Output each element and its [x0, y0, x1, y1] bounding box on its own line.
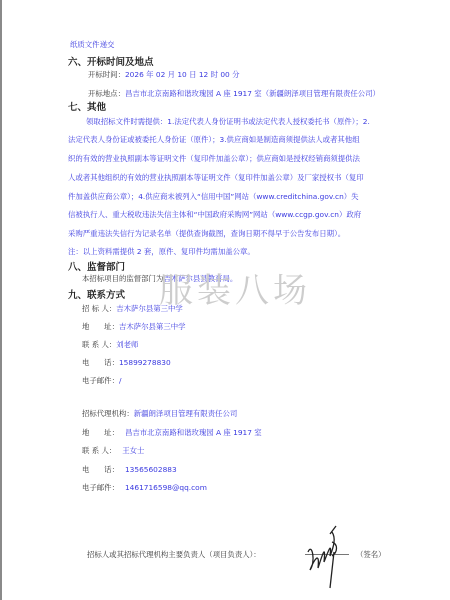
tenderer-name-label: 招 标 人：: [82, 304, 116, 313]
tenderer-phone-value: 15899278830: [119, 358, 171, 367]
tenderer-address-row: 地 址：吉木萨尔县第三中学: [82, 322, 186, 332]
signature-label: 招标人或其招标代理机构主要负责人（项目负责人）：: [87, 550, 261, 560]
agency-phone-row: 电 话：13565602883: [82, 465, 177, 475]
other-line-4: 人或者其他组织的有效的营业执照副本等证明文件（复印件加盖公章）及厂家授权书（复印: [68, 173, 364, 183]
tenderer-address-label: 地 址：: [82, 322, 119, 331]
agency-address-value: 昌吉市北京南路和谐玫瑰园 A 座 1917 室: [125, 428, 262, 437]
agency-contact-row: 联 系 人：王女士: [82, 446, 144, 456]
agency-name-row: 招标代理机构：新疆朗泽项目管理有限责任公司: [82, 409, 237, 419]
other-note: 注：以上资料需提供 2 套，原件、复印件均需加盖公章。: [68, 247, 255, 257]
agency-name-label: 招标代理机构：: [82, 409, 134, 418]
tenderer-phone-row: 电 话：15899278830: [82, 358, 171, 368]
tenderer-name-row: 招 标 人：吉木萨尔县第三中学: [82, 304, 183, 314]
other-line-5: 件加盖供应商公章）；4.供应商未被列入“信用中国”网站（www.creditch…: [68, 192, 359, 202]
agency-address-label: 地 址：: [82, 428, 119, 437]
tenderer-phone-label: 电 话：: [82, 358, 119, 367]
other-line-1: 领取招标文件时需提供：1.法定代表人身份证明书或法定代表人授权委托书（原件）；2…: [86, 117, 370, 127]
tenderer-contact-value: 刘老师: [116, 340, 138, 349]
agency-address-row: 地 址：昌吉市北京南路和谐玫瑰园 A 座 1917 室: [82, 428, 262, 438]
agency-phone-value: 13565602883: [125, 465, 177, 474]
open-time-row: 开标时间：2026 年 02 月 10 日 12 时 00 分: [88, 70, 240, 80]
section8-heading: 八、监督部门: [68, 259, 125, 273]
agency-contact-value: 王女士: [122, 446, 144, 455]
agency-name-value: 新疆朗泽项目管理有限责任公司: [134, 409, 237, 418]
tenderer-contact-row: 联 系 人：刘老师: [82, 340, 138, 350]
agency-email-row: 电子邮件：1461716598@qq.com: [82, 483, 207, 493]
tenderer-address-value: 吉木萨尔县第三中学: [119, 322, 186, 331]
agency-phone-label: 电 话：: [82, 465, 119, 474]
open-time-value: 2026 年 02 月 10 日 12 时 00 分: [125, 70, 240, 79]
signature-suffix: （签名）: [356, 550, 386, 560]
supervision-prefix: 本招标项目的监督部门为: [82, 274, 163, 283]
handwritten-signature-icon: [302, 512, 352, 596]
open-place-value: 昌吉市北京南路和谐玫瑰园 A 座 1917 室（新疆朗泽项目管理有限责任公司）: [125, 89, 380, 98]
agency-email-value: 1461716598@qq.com: [125, 483, 207, 492]
tenderer-email-row: 电子邮件：/: [82, 376, 121, 386]
agency-email-label: 电子邮件：: [82, 483, 119, 492]
other-line-7: 采购严重违法失信行为记录名单（提供查询截图，查询日期不得早于公告发布日期）。: [68, 229, 345, 239]
top-line: 纸质文件递交: [70, 40, 114, 50]
section7-heading: 七、其他: [68, 99, 106, 113]
tenderer-email-label: 电子邮件：: [82, 376, 119, 385]
tenderer-name-value: 吉木萨尔县第三中学: [116, 304, 183, 313]
other-line-3: 织的有效的营业执照副本等证明文件（复印件加盖公章）；供应商如是授权经销商须提供法: [68, 154, 360, 164]
section6-heading: 六、开标时间及地点: [68, 54, 154, 68]
tenderer-email-value: /: [119, 376, 122, 385]
agency-contact-label: 联 系 人：: [82, 446, 116, 455]
open-place-row: 开标地点：昌吉市北京南路和谐玫瑰园 A 座 1917 室（新疆朗泽项目管理有限责…: [88, 89, 380, 99]
section9-heading: 九、联系方式: [68, 287, 125, 301]
other-line-2: 法定代表人身份证或被委托人身份证（原件）；3.供应商如是制造商须提供法人或者其他…: [68, 135, 360, 145]
open-time-label: 开标时间：: [88, 70, 125, 79]
other-line-6: 信被执行人、重大税收违法失信主体和“中国政府采购网”网站（www.ccgp.go…: [68, 210, 361, 220]
tenderer-contact-label: 联 系 人：: [82, 340, 116, 349]
open-place-label: 开标地点：: [88, 89, 125, 98]
